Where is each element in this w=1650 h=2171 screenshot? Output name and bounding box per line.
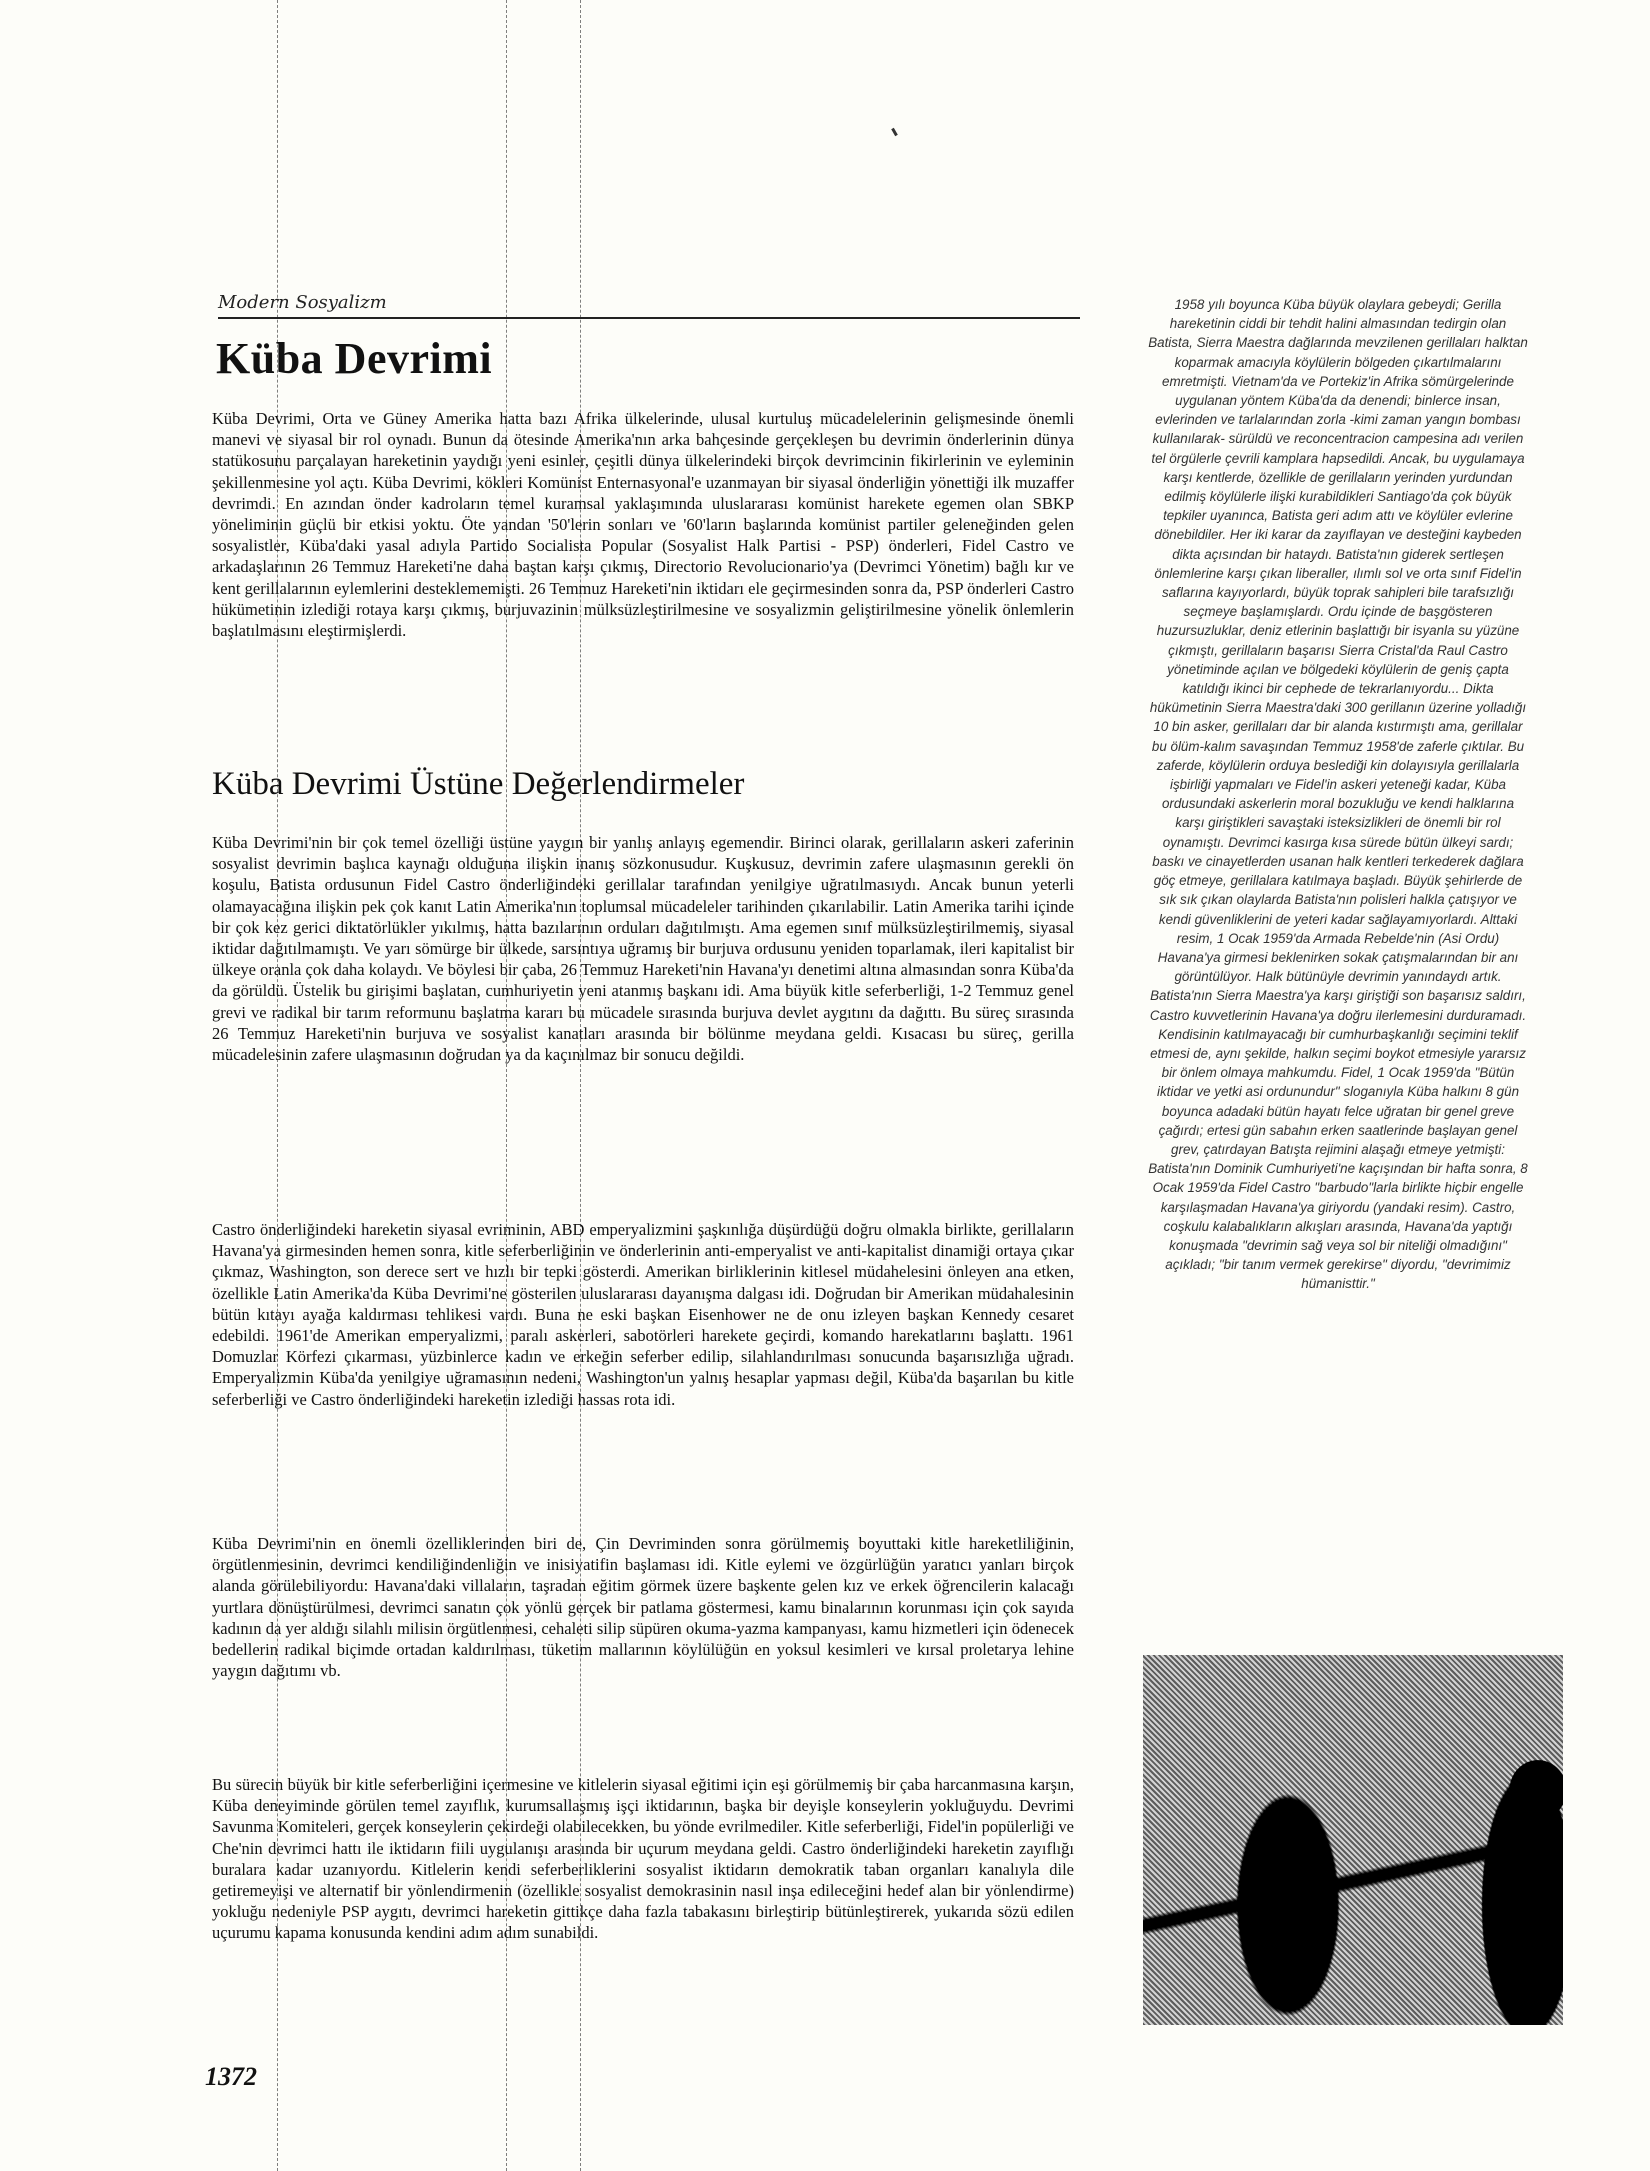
intro-paragraph: Küba Devrimi, Orta ve Güney Amerika hatt… [212,408,1074,641]
body-paragraph: Küba Devrimi'nin en önemli özelliklerind… [212,1533,1074,1681]
page-title: Küba Devrimi [216,333,492,384]
section-label: Modern Sosyalizm [218,292,387,313]
photo-corner [1563,1655,1583,1715]
body-paragraph: Bu sürecin büyük bir kitle seferberliğin… [212,1774,1074,1944]
sidebar-caption: 1958 yılı boyunca Küba büyük olaylara ge… [1148,295,1528,1294]
section-heading: Küba Devrimi Üstüne Değerlendirmeler [212,766,744,803]
page-number: 1372 [205,2062,257,2092]
body-paragraph: Castro önderliğindeki hareketin siyasal … [212,1219,1074,1410]
header-rule [218,317,1080,319]
scan-speck [891,128,898,136]
street-fighting-photo [1143,1655,1563,2025]
body-paragraph: Küba Devrimi'nin bir çok temel özelliği … [212,832,1074,1065]
